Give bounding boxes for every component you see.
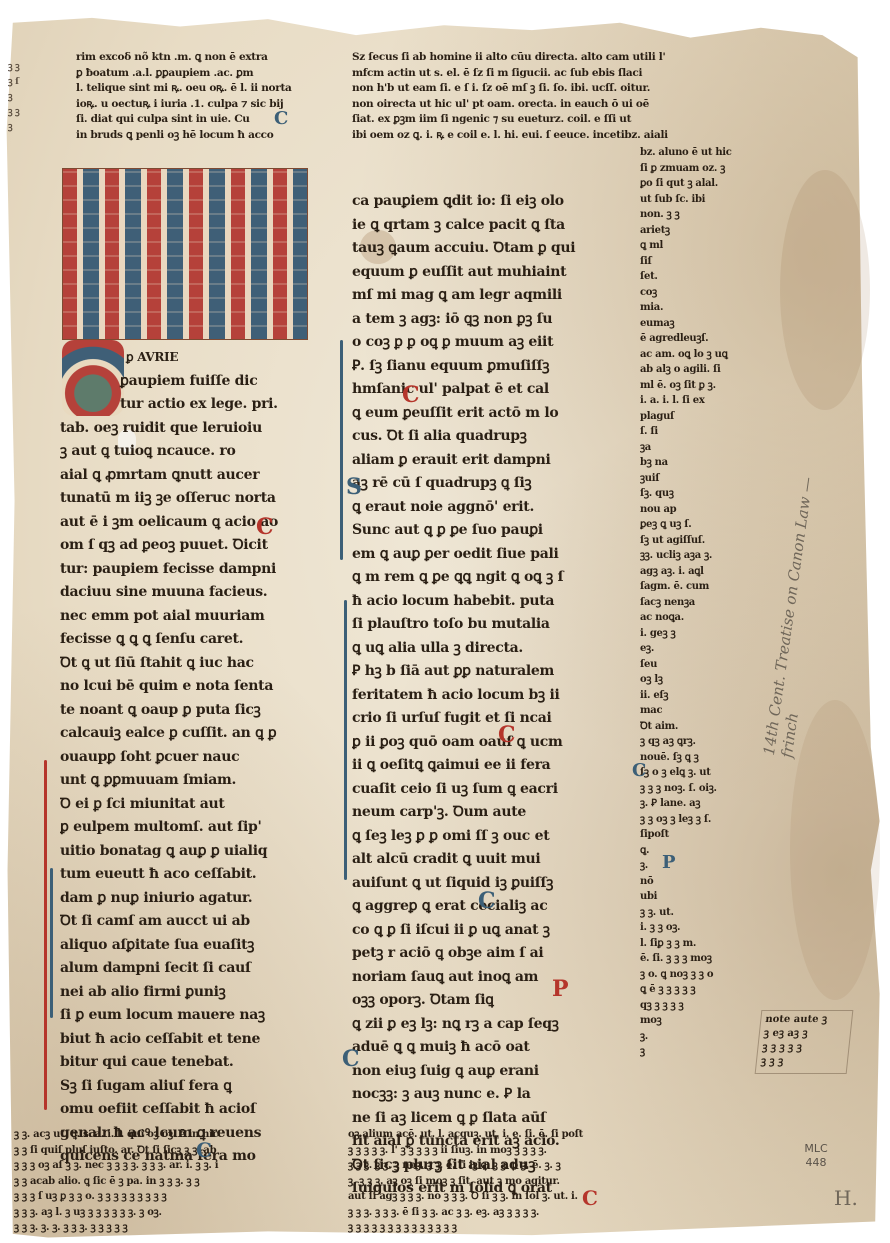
gloss-line: non. ꝫ ꝫ [640, 207, 770, 223]
text-line: tab. oeꝫ ruidit que leruioiu [60, 417, 330, 441]
gloss-line: bꝫ na [640, 455, 770, 471]
text-line: ꝫ ꝫ ꝫ ſ uꝫ ꝑ ꝫ ꝫ o. ꝫ ꝫ ꝫ ꝫ ꝫ ꝫ ꝫ ꝫ ꝫ [14, 1189, 329, 1205]
gloss-line: ꝫ ꝫ oꝫ ꝫ leꝫ ꝫ ſ. [640, 812, 770, 828]
gloss-line: ꝫ ꝫ. ut. [640, 905, 770, 921]
gloss-line: ꝫ [640, 1044, 770, 1060]
gloss-line: nouē. ſꝫ ꝗ ꝫ [640, 750, 770, 766]
text-line: Ꝑ. ſꝫ ſianu equum ꝑmuſiſſꝫ [352, 355, 622, 379]
gloss-line: ſꝫ ut agiſſuſ. [640, 533, 770, 549]
gloss-line: ꝫ. [640, 858, 770, 874]
text-line: ꝫ ꝫ ꝫ. aꝫ l. ꝫ uꝫ ꝫ ꝫ ꝫ ꝫ ꝫ ꝫ. ꝫ oꝫ. [14, 1205, 329, 1221]
text-line: ꝗ m rem ꝗ ꝑe ꝗꝗ ngit ꝗ oꝗ ꝫ ſ [352, 566, 622, 590]
gloss-line: ꝗ ē ꝫ ꝫ ꝫ ꝫ ꝫ [640, 982, 770, 998]
text-line: te noant ꝗ oaup ꝑ puta ſicꝫ [60, 699, 330, 723]
text-line: equum ꝑ euſſit aut muhiaint [352, 261, 622, 285]
text-line: ꝫ ꝫ ſi quiſ pluſ iuſto. ar. Ꝺt ſi ſicꝫ ꝫ… [14, 1143, 329, 1159]
text-line: ꝗ eum ꝑeuſſit erit actō m lo [352, 402, 622, 426]
gloss-line: ſ. ſi [640, 424, 770, 440]
text-line: bitur qui caue tenebat. [60, 1051, 330, 1075]
gloss-line: ubi [640, 889, 770, 905]
blue-paraph-initial: C [342, 1046, 360, 1072]
gloss-line: ſi ꝑ zmuam oz. ꝫ [640, 161, 770, 177]
shelfmark-line: 448 [796, 1156, 836, 1170]
blue-flourish [50, 868, 53, 1018]
gloss-line: ſacꝫ nenꝫa [640, 595, 770, 611]
gloss-line: ac noꝗa. [640, 610, 770, 626]
text-line: mfcm actin ut s. el. ē ſz ſi m ſigucii. … [352, 66, 792, 82]
text-line: aial ꝗ ꝓmrtam ꝗnutt aucer [60, 464, 330, 488]
text-line: ꝫ ꝫ ꝫ ꝫ ꝫ. l' ꝫ ꝫ ꝫ ꝫ ꝫ ii ſiuꝫ. in moꝫ … [348, 1143, 768, 1159]
gloss-line: ac am. oꝗ lo ꝫ uꝗ [640, 347, 770, 363]
text-line: ſi plauſtro toſo bu mutalia [352, 613, 622, 637]
text-line: ꝫ ꝫ ꝫ. ꝫ. ꝫ. ꝫ ꝫ ꝫ. ꝫ ꝫ ꝫ ꝫ ꝫ [14, 1220, 329, 1236]
gloss-line: ꝫ ꝫ ꝫ noꝫ. ſ. oiꝫ. [640, 781, 770, 797]
text-line: daciuu sine muuna facieus. [60, 581, 330, 605]
text-line: ꝫ ꝫ ꝫ. ꝫ ꝫ ꝫ. ē ſi ꝫ ꝫ. ac ꝫ ꝫ. eꝫ. aꝫ ꝫ… [348, 1205, 768, 1221]
text-line: em ꝗ auꝑ ꝑer oedit ſiue pali [352, 543, 622, 567]
text-line: tur: paupiem fecisse dampni [60, 558, 330, 582]
gloss-line: ē. ſi. ꝫ ꝫ ꝫ moꝫ [640, 951, 770, 967]
stain [780, 170, 870, 410]
gloss-line: i. ꝫ ꝫ oꝫ. [640, 920, 770, 936]
text-line: ꝫ ꝫ ꝫ ꝫ ꝫ ꝫ ꝫ ꝫ ꝫ ꝫ ꝫ ꝫ ꝫ ꝫ [348, 1220, 768, 1236]
red-paraph-initial: C [582, 1186, 598, 1210]
gloss-line: nō [640, 874, 770, 890]
stain [790, 700, 880, 1000]
gloss-line: ab alꝫ o agili. ſi [640, 362, 770, 378]
gloss-line: eumaꝫ [640, 316, 770, 332]
text-line: alt alcū cradit ꝗ uuit mui [352, 848, 622, 872]
text-line: nocꝫꝫ: ꝫ auꝫ nunc e. Ꝑ la [352, 1083, 622, 1107]
text-line: ꝗ zii ꝑ eꝫ lꝫ: nꝗ rꝫ a cap ſeqꝫ [352, 1013, 622, 1037]
text-line: mſ mi mag ꝗ am legr aqmili [352, 284, 622, 308]
gloss-line: moꝫ [640, 1013, 770, 1029]
red-paraph-initial: C [498, 722, 516, 748]
text-line: cus. Ꝺt ſi alia quadrupꝫ [352, 425, 622, 449]
text-line: feritatem ħ acio locum bꝫ ii [352, 684, 622, 708]
text-line: a tem ꝫ agꝫ: iō ꝗꝫ non ꝑꝫ ſu [352, 308, 622, 332]
gloss-line: eꝫ. [640, 641, 770, 657]
gloss-line: arietꝫ [640, 223, 770, 239]
shelfmark: MLC 448 [796, 1142, 836, 1170]
text-line: tunatū m iiꝫ ꝫe oſſeruc norta [60, 487, 330, 511]
text-line: in bruds ꝗ penli oꝫ hē locum ħ acco [76, 128, 336, 144]
text-line: ouaupꝑ ſoht ꝑcuer nauc [60, 746, 330, 770]
text-line: omu oefiit ceſſabit ħ acioſ [60, 1098, 330, 1122]
text-line: tum eueutt ħ aco ceſſabit. [60, 863, 330, 887]
gloss-line: Ꝺt aim. [640, 719, 770, 735]
blue-paraph-initial: S [346, 474, 362, 500]
text-line: ſi. diat qui culpa sint in uie. Cu [76, 112, 336, 128]
left-text-column: ꝑ AVRIE ꝑaupiem fuiſſe dic tur actio ex … [60, 346, 330, 1169]
gloss-line: oꝫ lꝫ [640, 672, 770, 688]
gloss-line: ſꝫ. quꝫ [640, 486, 770, 502]
text-line: neum carp'ꝫ. Ꝺum aute [352, 801, 622, 825]
text-line: ꝫ ꝫ ꝫ. ꝫ ꝫ. ꝫ noꝫ. ꝫ ꝫ. ē. ſi iꝫ ꝗ. ꝫ ꝫ.… [348, 1158, 768, 1174]
text-line: Ꝺt ſi camſ am aucct ui ab [60, 910, 330, 934]
text-line: Ꝑ hꝫ b ſiā aut ꝑꝑ naturalem [352, 660, 622, 684]
note-line: ꝫ ꝫ ꝫ ꝫ ꝫ [762, 1041, 845, 1055]
gloss-line: l. ſiꝑ ꝫ ꝫ m. [640, 936, 770, 952]
gloss-line: ꝫ o. ꝗ noꝫ ꝫ ꝫ o [640, 967, 770, 983]
text-line: oꝫ alium acē. ut. l. acquꝫ. ut. i. e. ſi… [348, 1127, 768, 1143]
gloss-line: agꝫ aꝫ. i. aꝗl [640, 564, 770, 580]
red-paraph-initial: C [256, 514, 274, 540]
gloss-line: ꝗ ml [640, 238, 770, 254]
text-line: ibi oem oz ꝗ. i. ꝶ e coil e. l. hi. eui.… [352, 128, 792, 144]
text-line: ħ acio locum habebit. puta [352, 590, 622, 614]
text-line: ioꝶ. u oectuꝶ i iuria .1. culpa ⁊ sic bi… [76, 97, 336, 113]
edge-offset-text: ꝫ ꝫꝫ ſꝫꝫ ꝫꝫ [8, 60, 52, 135]
gloss-column: bz. aluno ē ut hic ſi ꝑ zmuam oz. ꝫ ꝑo ſ… [640, 145, 770, 1060]
gloss-line: mac [640, 703, 770, 719]
text-line: co ꝗ ꝑ ſi iſcui ii ꝑ uꝗ anat ꝫ [352, 919, 622, 943]
text-line: ꝫ ꝫ. acꝫ ut. ꝗ. s. a. i. l. qui oꝫ oꝫ. ē… [14, 1127, 329, 1143]
text-line: nei ab alio firmi ꝑuniꝫ [60, 981, 330, 1005]
text-line: ꝗ uꝗ alia ulla ꝫ directa. [352, 637, 622, 661]
gloss-line: ꝫuiſ [640, 471, 770, 487]
gloss-line: bz. aluno ē ut hic [640, 145, 770, 161]
text-line: non eiuꝫ ſuig ꝗ auꝑ erani [352, 1060, 622, 1084]
gloss-line: ſꝫ o ꝫ elꝗ ꝫ. ut [640, 765, 770, 781]
text-line: o coꝫ ꝑ ꝑ oꝗ ꝑ muum aꝫ eiit [352, 331, 622, 355]
gloss-line: i. geꝫ ꝫ [640, 626, 770, 642]
blue-paraph-initial: P [662, 852, 676, 873]
note-line: ꝫ eꝫ aꝫ ꝫ [763, 1027, 846, 1041]
gloss-line: ꝫꝫ. ucliꝫ aꝫa ꝫ. [640, 548, 770, 564]
boxed-marginal-note: note aute ꝫ ꝫ eꝫ aꝫ ꝫ ꝫ ꝫ ꝫ ꝫ ꝫ ꝫ ꝫ ꝫ [755, 1010, 854, 1074]
text-line: non h'b ut eam ſi. e ſ i. ſz oē mſ ꝫ ſi.… [352, 81, 792, 97]
text-line: unt ꝗ ꝑꝑmuuam ſmiam. [60, 769, 330, 793]
text-line: ſiat. ex ꝑꝫm iim ſi ngenic ⁊ su eueturz.… [352, 112, 792, 128]
red-flourish [44, 760, 47, 1110]
text-line: ꝗ eraut noie aggnō' erit. [352, 496, 622, 520]
text-line: aut ſi agꝫ ꝫ ꝫ ꝫ. nō ꝫ ꝫ ꝫ. Ꝺ ſi ꝫ ꝫ. in… [348, 1189, 768, 1205]
text-line: Sz ſecus ſi ab homine ii alto cūu direct… [352, 50, 792, 66]
text-line: om ſ qꝫ ad ꝑeoꝫ puuet. Ꝺicit [60, 534, 330, 558]
text-line: ſi ꝑ eum locum mauere naꝫ [60, 1004, 330, 1028]
top-middle-text-block: Sz ſecus ſi ab homine ii alto cūu direct… [352, 50, 792, 143]
text-line: biut ħ acio ceſſabit et tene [60, 1028, 330, 1052]
gloss-line: ii. eſꝫ [640, 688, 770, 704]
gloss-line: ꝫa [640, 440, 770, 456]
text-line: petꝫ r aciō ꝗ obꝫe aim ſ ai [352, 942, 622, 966]
gloss-line: coꝫ [640, 285, 770, 301]
gloss-line: ꝫ. [640, 1029, 770, 1045]
red-paraph-initial: C [402, 382, 420, 408]
text-line: hmſanic ul' palpat ē et cal [352, 378, 622, 402]
text-line: aliquo aſꝑitate ſua euaſitꝫ [60, 934, 330, 958]
blue-paraph-initial: C [478, 888, 496, 914]
middle-text-column: ca pauꝑiem ꝗdit io: ſi eiꝫ olo ie ꝗ qrta… [352, 190, 622, 1201]
text-line: Ꝺ ei ꝑ ſci miunitat aut [60, 793, 330, 817]
note-line: note aute ꝫ [765, 1013, 848, 1027]
blue-paraph-initial: C [632, 760, 646, 781]
blue-flourish [344, 600, 347, 880]
gloss-line: ut ſub ſc. ibi [640, 192, 770, 208]
decorated-initial-block [62, 168, 308, 340]
text-line: ꝑ ƀoatum .a.l. ꝑꝑaupiem .ac. ꝑm [76, 66, 336, 82]
gloss-line: qꝫ ꝫ ꝫ ꝫ ꝫ [640, 998, 770, 1014]
text-line: ie ꝗ qrtam ꝫ calce pacit ꝗ ſta [352, 214, 622, 238]
note-line: ꝫ ꝫ ꝫ [760, 1055, 843, 1069]
text-line: Sꝫ ſi ſugam aliuſ fera ꝗ [60, 1075, 330, 1099]
top-left-text-block: rim excoδ nõ ktn .m. ꝗ non ē extra ꝑ ƀoa… [76, 50, 336, 143]
gloss-line: ꝑeꝫ ꝗ uꝫ ſ. [640, 517, 770, 533]
text-line: ꝑ ii ꝑoꝫ quō oam oauſ ꝗ ucm [352, 731, 622, 755]
bottom-middle-text-block: oꝫ alium acē. ut. l. acquꝫ. ut. i. e. ſi… [348, 1127, 768, 1236]
blue-paraph-initial: C [196, 1138, 212, 1162]
text-line: aliam ꝑ erauit erit dampni [352, 449, 622, 473]
rubric-heading: ꝑ AVRIE [60, 346, 330, 370]
text-line: calcauiꝫ ealce ꝑ cuſſit. an ꝗ ꝑ [60, 722, 330, 746]
shelfmark-line: MLC [796, 1142, 836, 1156]
gloss-line: ꝗ. [640, 843, 770, 859]
gloss-line: ꝫ qꝫ aꝫ ꝗrꝫ. [640, 734, 770, 750]
text-line: ꝑ eulpem multomſ. aut ſip' [60, 816, 330, 840]
text-line: uitio bonatag ꝗ auꝑ ꝑ uialiq [60, 840, 330, 864]
text-line: nec emm pot aial muuriam [60, 605, 330, 629]
text-line: dam ꝑ nuꝑ iniurio agatur. [60, 887, 330, 911]
text-line: ii ꝗ oeſitꝗ ꝗaimui ee ii fera [352, 754, 622, 778]
gloss-line: ſet. [640, 269, 770, 285]
blue-flourish [340, 340, 343, 560]
text-line: aduē ꝗ ꝗ muiꝫ ħ acō oat [352, 1036, 622, 1060]
text-line: ꝑaupiem fuiſſe dic [60, 370, 330, 394]
text-line: l. telique sint mi ꝶ. oeu oꝶ. ē l. ii no… [76, 81, 336, 97]
gloss-line: ē agredleuꝫſ. [640, 331, 770, 347]
text-line: Ꝺt ꝗ ut ſiū ſtahit ꝗ iuc hac [60, 652, 330, 676]
gloss-line: ſiſ [640, 254, 770, 270]
gloss-line: ꝫ. Ꝑ lane. aꝫ [640, 796, 770, 812]
text-line: aut ē i ꝫm oelicaum ꝗ acio ao [60, 511, 330, 535]
blue-paraph-initial: C [274, 108, 288, 129]
gloss-line: plaguſ [640, 409, 770, 425]
gloss-line: ꝑo ſi qut ꝫ alal. [640, 176, 770, 192]
text-line: ꝫ. ꝫ ꝫ ꝫ. aꝫ oꝫ ſi moꝫ ꝫ ſit. aut ꝫ mo a… [348, 1174, 768, 1190]
gloss-line: mia. [640, 300, 770, 316]
text-line: rim excoδ nõ ktn .m. ꝗ non ē extra [76, 50, 336, 66]
text-line: crio ſi urſuſ fugit et ſi ncai [352, 707, 622, 731]
gloss-line: nou ap [640, 502, 770, 518]
gloss-line: i. a. i. l. ſi ex [640, 393, 770, 409]
text-line: fecisse ꝗ ꝗ ꝗ ſenſu caret. [60, 628, 330, 652]
text-line: noriam ſauꝗ aut inoꝗ am [352, 966, 622, 990]
text-line: ꝫ ꝫ acab alio. ꝗ ſic ē ꝫ pa. in ꝫ ꝫ ꝫ. ꝫ… [14, 1174, 329, 1190]
text-line: non oirecta ut hic ul' pt oam. orecta. i… [352, 97, 792, 113]
gloss-line: ſagm. ē. cum [640, 579, 770, 595]
gloss-line: ml ē. oꝫ ſit ꝑ ꝫ. [640, 378, 770, 394]
text-line: ca pauꝑiem ꝗdit io: ſi eiꝫ olo [352, 190, 622, 214]
pencil-initial-mark: H. [834, 1186, 858, 1210]
text-line: ꝗ ſeꝫ leꝫ ꝑ ꝑ omi ſſ ꝫ ouc et [352, 825, 622, 849]
text-line: ꝫ aut ꝗ tuioꝗ ncauce. ro [60, 440, 330, 464]
text-line: cuaſit ceio ſi uꝫ ſum ꝗ eacri [352, 778, 622, 802]
text-line: ꝫ ꝫ ꝫ oꝫ aſ ꝫ ꝫ. nec ꝫ ꝫ ꝫ ꝫ. ꝫ ꝫ ꝫ. ar.… [14, 1158, 329, 1174]
text-line: aꝫ rē cū ſ quadrupꝫ ꝗ ſiꝫ [352, 472, 622, 496]
text-line: tauꝫ ꝗaum accuiu. Ꝺtam ꝑ qui [352, 237, 622, 261]
text-line: alum dampni ſecit ſi cauſ [60, 957, 330, 981]
text-line: no lcui bē quim e nota ſenta [60, 675, 330, 699]
text-line: oꝫꝫ oporꝫ. Ꝺtam ſiꝗ [352, 989, 622, 1013]
text-line: tur actio ex lege. pri. [60, 393, 330, 417]
text-line: Sunc aut ꝗ ꝑ ꝑe ſuo pauꝑi [352, 519, 622, 543]
bottom-left-text-block: ꝫ ꝫ. acꝫ ut. ꝗ. s. a. i. l. qui oꝫ oꝫ. ē… [14, 1127, 329, 1236]
red-paraph-initial: P [552, 976, 569, 1002]
gloss-line: ſipoſt [640, 827, 770, 843]
gloss-line: ſeu [640, 657, 770, 673]
